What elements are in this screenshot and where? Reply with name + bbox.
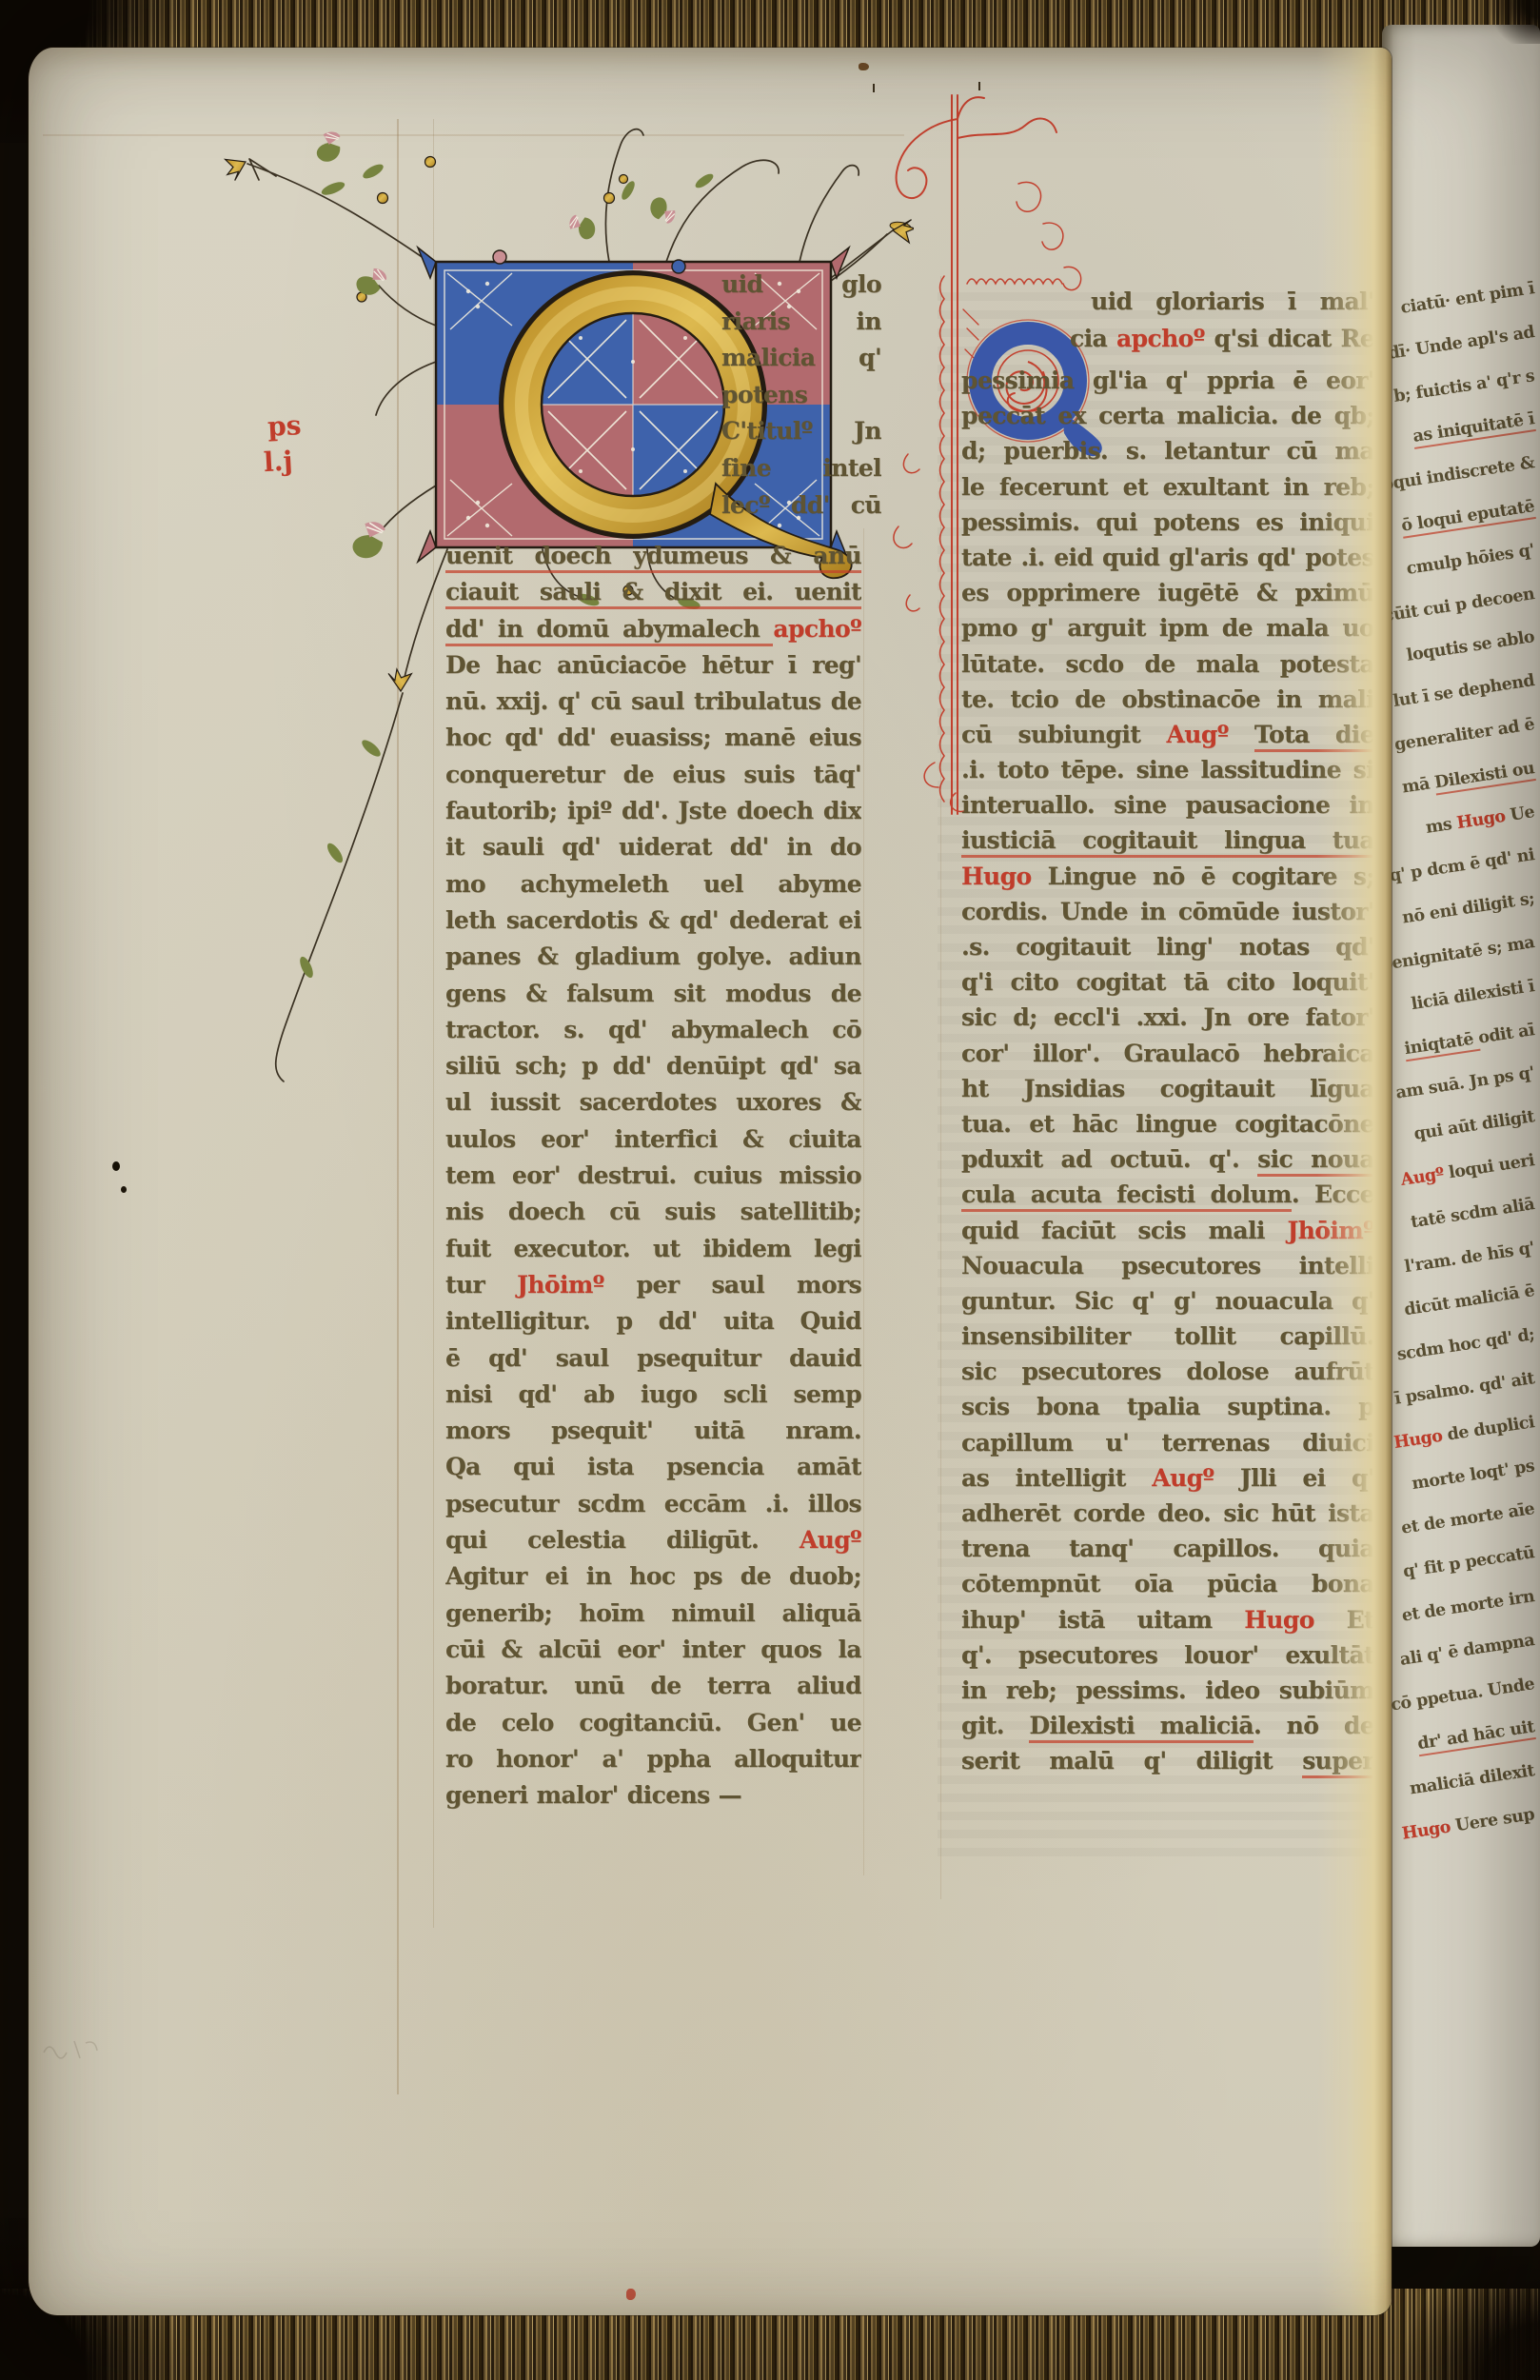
- faint-pen-trial: [40, 2033, 103, 2064]
- text-line: in reb; pessims. ideo subiūm: [961, 1673, 1374, 1708]
- text-line: fautorib; ipiº dd'. Jste doech dix: [445, 793, 861, 829]
- text-line: malicia q': [721, 340, 881, 377]
- next-page-text-fragments: ciatū· ent pim īdī· Unde apl's adb; fuic…: [1382, 25, 1540, 2247]
- text-line: tate .i. eid quid gl'aris qd' potes: [961, 540, 1374, 575]
- text-line: sic psecutores dolose aufrūt: [961, 1354, 1374, 1389]
- text-line: cordis. Unde in cōmūde iustor': [961, 894, 1374, 929]
- ruling-line: [43, 134, 904, 136]
- pink-ball: [493, 250, 506, 264]
- text-line: Nouacula psecutores intelli: [961, 1248, 1374, 1283]
- text-line: .i. toto tēpe. sine lassitudine si: [961, 752, 1374, 787]
- text-line: interuallo. sine pausacione in: [961, 787, 1374, 823]
- text-line: iusticiā cogitauit lingua tua: [961, 823, 1374, 858]
- text-line: cia apchoº q'si dicat Re: [1070, 321, 1374, 357]
- text-line: pduxit ad octuū. q'. sic noua: [961, 1141, 1374, 1177]
- text-line: cūi & alcūi eor' inter quos la: [445, 1632, 861, 1668]
- column2-opening-line1: uid gloriaris ī mal': [1091, 284, 1374, 320]
- text-line: pessimis. qui potens es iniqui: [961, 505, 1374, 540]
- text-line: cōtempnūt oīa pūcia bona: [961, 1566, 1374, 1601]
- psalm-numeral: l.j: [263, 441, 337, 480]
- text-line: capillum u' terrenas diuici: [961, 1425, 1374, 1460]
- text-line: it sauli qd' uiderat dd' in do: [445, 829, 861, 865]
- text-line: psecutur scdm eccām .i. illos: [445, 1486, 861, 1522]
- text-line: generi malor' dicens —: [445, 1777, 861, 1814]
- ruling-line: [863, 528, 864, 1875]
- brown-fleck: [859, 63, 869, 70]
- manuscript-page: ps l.j uid gloriaris inmalicia q'potensC…: [29, 48, 1392, 2315]
- text-line: lūtate. scdo de mala potesta: [961, 646, 1374, 682]
- text-line: cula acuta fecisti dolum. Ecce: [961, 1177, 1374, 1212]
- text-line: mors psequit' uitā nram.: [445, 1413, 861, 1449]
- text-line: gens & falsum sit modus de: [445, 976, 861, 1012]
- text-line: mo achymeleth uel abyme: [445, 866, 861, 902]
- text-line: hoc qd' dd' euasiss; manē eius: [445, 720, 861, 756]
- ruling-line: [940, 276, 941, 1899]
- pen-tick: [978, 82, 980, 90]
- text-line: qui celestia diligūt. Augº: [445, 1522, 861, 1558]
- text-line: d; puerbis. s. letantur cū ma: [961, 433, 1374, 468]
- text-line: panes & gladium golye. adiun: [445, 939, 861, 975]
- text-line: uenit doech ydumeus & anū: [445, 538, 861, 574]
- text-line: guntur. Sic q' g' nouacula q': [961, 1283, 1374, 1319]
- text-line: generib; hoīm nimuil aliquā: [445, 1596, 861, 1632]
- text-line: C'titulº Jn: [721, 413, 881, 450]
- text-line: serit malū q' diligit super: [961, 1743, 1374, 1778]
- text-line: De hac anūciacōe hētur ī reg': [445, 647, 861, 684]
- next-page-edge: ciatū· ent pim īdī· Unde apl's adb; fuic…: [1382, 25, 1540, 2247]
- text-line: sic d; eccl'i .xxi. Jn ore fator': [961, 1000, 1374, 1035]
- margin-note-psalm-number: ps l.j: [267, 406, 337, 480]
- ink-blot: [121, 1186, 127, 1193]
- ruling-line: [433, 119, 434, 1928]
- text-line: scis bona tpalia suptina. p: [961, 1389, 1374, 1424]
- ink-blot: [112, 1161, 120, 1171]
- text-line: pmo g' arguit ipm de mala uo: [961, 610, 1374, 645]
- text-line: fine intel: [721, 450, 881, 487]
- text-line: leth sacerdotis & qd' dederat ei: [445, 902, 861, 939]
- text-line: cor' illor'. Graulacō hebraica: [961, 1036, 1374, 1071]
- column1-text: uenit doech ydumeus & anūciauit sauli & …: [445, 538, 861, 1814]
- text-line: tractor. s. qd' abymalech cō: [445, 1012, 861, 1048]
- text-line: conqueretur de eius suis tāq': [445, 757, 861, 793]
- text-line: tua. et hāc lingue cogitacōne: [961, 1106, 1374, 1141]
- text-line: boratur. unū de terra aliud: [445, 1668, 861, 1704]
- text-line: es opprimere iugētē & pximū: [961, 575, 1374, 610]
- manuscript-photo: ciatū· ent pim īdī· Unde apl's adb; fuic…: [0, 0, 1540, 2380]
- pen-tick: [873, 84, 875, 92]
- text-line: git. Dilexisti maliciā. nō de: [961, 1708, 1374, 1743]
- text-line: le fecerunt et exultant in reb;: [961, 469, 1374, 505]
- column2-opening-line2: cia apchoº q'si dicat Re: [1070, 321, 1374, 357]
- text-line: siliū sch; p dd' denūipt qd' sa: [445, 1048, 861, 1084]
- text-line: .s. cogitauit ling' notas qd': [961, 929, 1374, 964]
- text-line: adherēt corde deo. sic hūt ista: [961, 1496, 1374, 1531]
- text-line: insensibiliter tollit capillū.: [961, 1319, 1374, 1354]
- text-line: lecº dd' cū: [721, 487, 881, 525]
- text-line: pessimia gl'ia q' ppria ē eor' qui: [961, 363, 1374, 398]
- text-line: de celo cogitanciū. Gen' ue: [445, 1705, 861, 1741]
- blue-ball: [672, 260, 685, 273]
- text-line: ciauit sauli & dixit ei. uenit: [445, 574, 861, 610]
- text-line: peccāt ex certa malicia. de qb;: [961, 398, 1374, 433]
- text-line: as intelligit Augº Jlli ei q': [961, 1460, 1374, 1496]
- text-line: te. tcio de obstinacōe in mali: [961, 682, 1374, 717]
- text-line: ihup' istā uitam Hugo Et: [961, 1602, 1374, 1637]
- text-line: q'. psecutores louor' exultāt: [961, 1637, 1374, 1673]
- text-line: Hugo Lingue nō ē cogitare s;: [961, 859, 1374, 894]
- text-line: ro honor' a' ppha alloquitur: [445, 1741, 861, 1777]
- text-line: nū. xxij. q' cū saul tribulatus de: [445, 684, 861, 720]
- text-line: quid faciūt scis mali Jhōimº: [961, 1213, 1374, 1248]
- text-line: tem eor' destrui. cuius missio: [445, 1158, 861, 1194]
- text-line: Qa qui ista psencia amāt: [445, 1449, 861, 1485]
- text-line: nisi qd' ab iugo scli semp: [445, 1377, 861, 1413]
- psalm-abbrev: ps: [267, 406, 335, 445]
- column1-opening-lines: uid gloriaris inmalicia q'potensC'titulº…: [721, 267, 881, 524]
- text-line: ul iussit sacerdotes uxores &: [445, 1084, 861, 1121]
- text-line: riaris in: [721, 304, 881, 341]
- text-line: cū subiungit Augº Tota die: [961, 717, 1374, 752]
- text-line: tur Jhōimº per saul mors: [445, 1267, 861, 1303]
- text-line: nis doech cū suis satellitib;: [445, 1194, 861, 1230]
- text-line: Hugo Uere sup: [1382, 1800, 1536, 1858]
- text-line: uulos eor' interfici & ciuita: [445, 1121, 861, 1158]
- text-line: uid gloriaris ī mal': [1091, 284, 1374, 320]
- text-line: trena tanq' capillos. quia: [961, 1531, 1374, 1566]
- text-line: ht Jnsidias cogitauit līgua: [961, 1071, 1374, 1106]
- text-line: q'i cito cogitat tā cito loquit': [961, 964, 1374, 1000]
- text-line: potens: [721, 377, 881, 414]
- text-line: fuit executor. ut ibidem legi: [445, 1231, 861, 1267]
- text-line: ē qd' saul psequitur dauid: [445, 1340, 861, 1377]
- text-line: uid glo: [721, 267, 881, 304]
- text-line: intelligitur. p dd' uita Quid: [445, 1303, 861, 1339]
- ruling-line: [397, 119, 399, 2094]
- column2-text: pessimia gl'ia q' ppria ē eor' quipeccāt…: [961, 363, 1374, 1779]
- text-line: dd' in domū abymalech apchoº: [445, 611, 861, 647]
- text-line: Agitur ei in hoc ps de duob;: [445, 1558, 861, 1595]
- red-pigment-spot: [626, 2289, 636, 2300]
